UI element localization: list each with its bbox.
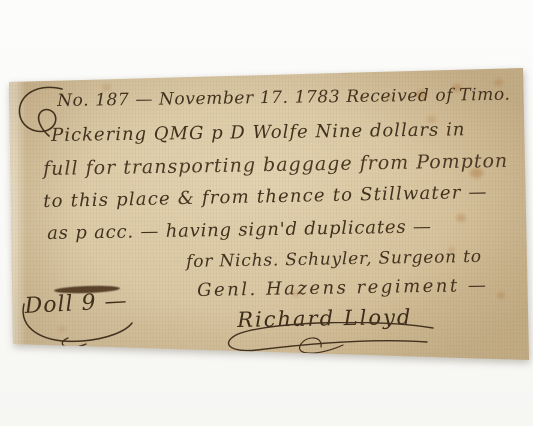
receipt-line-3: full for transporting baggage from Pompt…: [43, 151, 508, 181]
paper-shadow: No. 187 — November 17. 1783 Received of …: [0, 0, 533, 426]
foxing-spot: [497, 292, 505, 299]
receipt-line-6: for Nichs. Schuyler, Surgeon to: [186, 248, 482, 273]
photo-of-receipt: No. 187 — November 17. 1783 Received of …: [0, 0, 533, 426]
receipt-line-1: No. 187 — November 17. 1783 Received of …: [57, 86, 511, 112]
receipt-line-2: Pickering QMG p D Wolfe Nine dollars in: [51, 120, 466, 146]
receipt-line-7: Genl. Hazens regiment —: [197, 276, 489, 302]
paper-texture: [0, 0, 533, 426]
docket-flourish-icon: [16, 300, 138, 352]
foxing-spot: [456, 214, 466, 222]
receipt-line-5: as p acc. — having sign'd duplicates —: [47, 217, 432, 244]
foxing-spot: [338, 60, 354, 72]
signature-flourish-icon: [221, 322, 441, 356]
receipt-line-4: to this place & from thence to Stillwate…: [43, 183, 488, 213]
receipt-paper: No. 187 — November 17. 1783 Received of …: [0, 0, 533, 426]
